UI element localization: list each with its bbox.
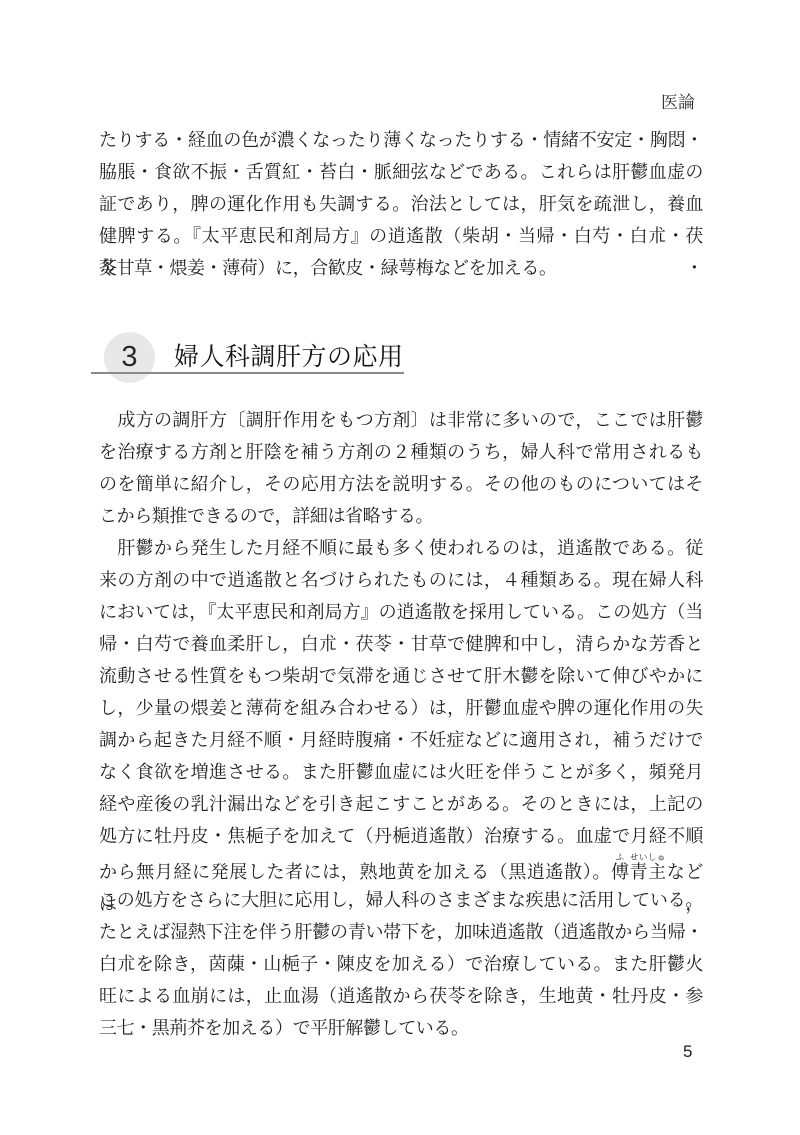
text-line: 成方の調肝方〔調肝作用をもつ方剤〕は非常に多いので，ここでは肝鬱	[99, 404, 703, 436]
paragraph-continuation: たりする・経血の色が濃くなったり薄くなったりする・情緒不安定・胸悶・脇脹・食欲不…	[99, 124, 703, 284]
text-line: 帰・白芍で養血柔肝し，白朮・茯苓・甘草で健脾和中し，清らかな芳香と	[99, 628, 703, 660]
text-line: 調から起きた月経不順・月経時腹痛・不妊症などに適用され，補うだけで	[99, 724, 703, 756]
text-line: 旺による血崩には，止血湯（逍遙散から茯苓を除き，生地黄・牡丹皮・参	[99, 980, 703, 1012]
text-line: のを簡単に紹介し，その応用方法を説明する。その他のものについてはそ	[99, 468, 703, 500]
text-line: 脇脹・食欲不振・舌質紅・苔白・脈細弦などである。これらは肝鬱血虚の	[99, 156, 703, 188]
text-line: 健脾する。『太平恵民和剤局方』の逍遙散（柴胡・当帰・白芍・白朮・茯苓・	[99, 220, 703, 252]
text-line: なく食欲を増進させる。また肝鬱血虚には火旺を伴うことが多く，頻発月	[99, 756, 703, 788]
section-body: 成方の調肝方〔調肝作用をもつ方剤〕は非常に多いので，ここでは肝鬱を治療する方剤と…	[99, 404, 703, 1044]
page-number: 5	[683, 1042, 692, 1062]
text-line: 流動させる性質をもつ柴胡で気滞を通じさせて肝木鬱を除いて伸びやかに	[99, 660, 703, 692]
text-line: 処方に牡丹皮・焦梔子を加えて（丹梔逍遙散）治療する。血虚で月経不順	[99, 820, 703, 852]
text-line: から無月経に発展した者には，熟地黄を加える（黒逍遙散）。傅ふ青主せいしゅなどは，	[99, 852, 703, 884]
section-number: 3	[104, 332, 155, 383]
text-line: 来の方剤の中で逍遙散と名づけられたものには，４種類ある。現在婦人科	[99, 564, 703, 596]
text-line: を治療する方剤と肝陰を補う方剤の２種類のうち，婦人科で常用されるも	[99, 436, 703, 468]
ruby-annotation: 青主せいしゅ	[630, 862, 667, 882]
text-line: こから類推できるので，詳細は省略する。	[99, 500, 703, 532]
running-head: 医論	[661, 88, 695, 113]
document-page: 医論 たりする・経血の色が濃くなったり薄くなったりする・情緒不安定・胸悶・脇脹・…	[0, 0, 800, 1135]
text-line: たりする・経血の色が濃くなったり薄くなったりする・情緒不安定・胸悶・	[99, 124, 703, 156]
text-line: 白朮を除き，茵蔯・山梔子・陳皮を加える）で治療している。また肝鬱火	[99, 948, 703, 980]
text-line: においては，『太平恵民和剤局方』の逍遙散を採用している。この処方（当	[99, 596, 703, 628]
ruby-annotation: 傅ふ	[611, 862, 630, 882]
section-title: 婦人科調肝方の応用	[174, 337, 404, 373]
text-line: 証であり，脾の運化作用も失調する。治法としては，肝気を疏泄し，養血	[99, 188, 703, 220]
text-line: 経や産後の乳汁漏出などを引き起こすことがある。そのときには，上記の	[99, 788, 703, 820]
text-line: し，少量の煨姜と薄荷を組み合わせる）は，肝鬱血虚や脾の運化作用の失	[99, 692, 703, 724]
text-line: たとえば湿熱下注を伴う肝鬱の青い帯下を，加味逍遙散（逍遙散から当帰・	[99, 916, 703, 948]
text-line: 肝鬱から発生した月経不順に最も多く使われるのは，逍遙散である。従	[99, 532, 703, 564]
text-line: 三七・黒荊芥を加える）で平肝解鬱している。	[99, 1012, 703, 1044]
text-line: この処方をさらに大胆に応用し，婦人科のさまざまな疾患に活用している。	[99, 884, 703, 916]
